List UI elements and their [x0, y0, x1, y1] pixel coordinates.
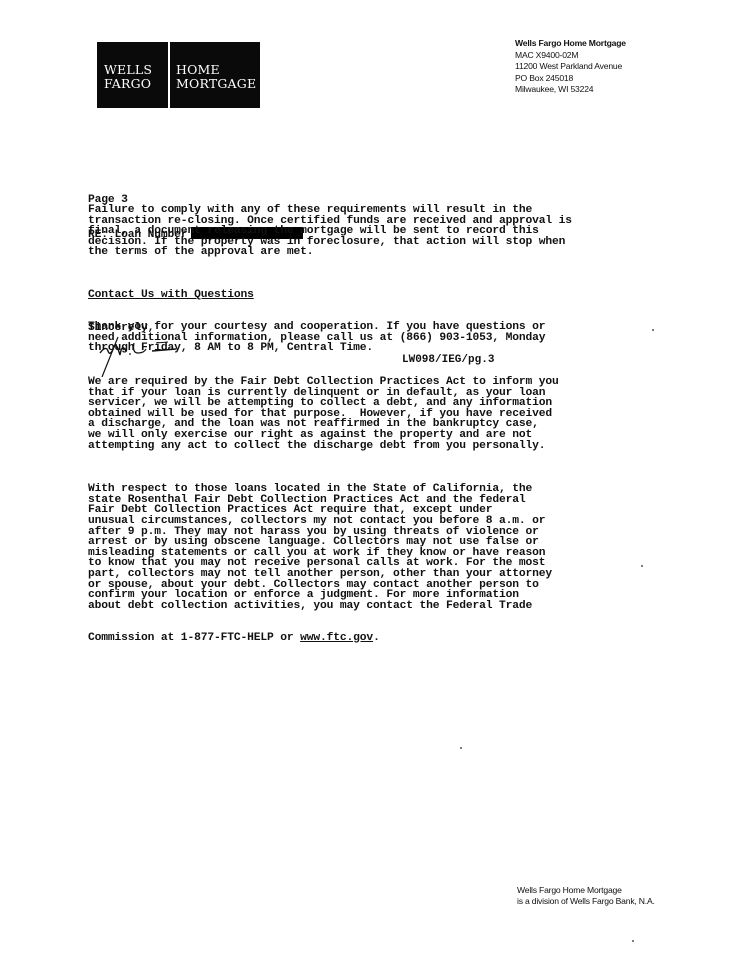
- wells-fargo-logo: WELLS FARGO HOME MORTGAGE: [97, 42, 260, 108]
- california-last-line: Commission at 1-877-FTC-HELP or www.ftc.…: [88, 633, 552, 644]
- logo-text: FARGO: [104, 77, 168, 91]
- logo-wells-fargo: WELLS FARGO: [97, 42, 170, 108]
- logo-text: MORTGAGE: [176, 77, 256, 91]
- sender-city: Milwaukee, WI 53224: [515, 84, 626, 96]
- sender-name: Wells Fargo Home Mortgage: [515, 38, 626, 50]
- sender-po-box: PO Box 245018: [515, 73, 626, 85]
- scan-speck: [632, 940, 634, 942]
- footer: Wells Fargo Home Mortgage is a division …: [517, 885, 655, 907]
- text-line: Failure to comply with any of these requ…: [88, 205, 572, 216]
- logo-text: WELLS: [104, 63, 168, 77]
- scan-speck: [641, 565, 643, 567]
- sender-street: 11200 West Parkland Avenue: [515, 61, 626, 73]
- text-line: we will only exercise our right as again…: [88, 430, 559, 441]
- scan-speck: [652, 329, 654, 331]
- california-paragraph: With respect to those loans located in t…: [88, 463, 552, 654]
- signature: [96, 335, 186, 377]
- text-line: the terms of the approval are met.: [88, 247, 572, 258]
- text-line: unusual circumstances, collectors my not…: [88, 516, 552, 527]
- failure-paragraph: Failure to comply with any of these requ…: [88, 205, 572, 258]
- text-line: part, collectors may not tell another pe…: [88, 569, 552, 580]
- logo-text: HOME: [176, 63, 256, 77]
- reference-code: LW098/IEG/pg.3: [402, 354, 494, 366]
- logo-home-mortgage: HOME MORTGAGE: [170, 42, 256, 108]
- scan-speck: [460, 747, 462, 749]
- closing: Sincerely,: [88, 323, 154, 334]
- sender-mac: MAC X9400-02M: [515, 50, 626, 62]
- text-line: attempting any act to collect the discha…: [88, 441, 559, 452]
- contact-heading: Contact Us with Questions: [88, 290, 545, 301]
- text-line: We are required by the Fair Debt Collect…: [88, 377, 559, 388]
- text-line: Thank you for your courtesy and cooperat…: [88, 322, 545, 333]
- fdcpa-paragraph: We are required by the Fair Debt Collect…: [88, 377, 559, 451]
- sender-address: Wells Fargo Home Mortgage MAC X9400-02M …: [515, 38, 626, 96]
- footer-line: Wells Fargo Home Mortgage: [517, 885, 655, 896]
- text-line: about debt collection activities, you ma…: [88, 601, 552, 612]
- ftc-link[interactable]: www.ftc.gov: [300, 632, 373, 644]
- footer-line: is a division of Wells Fargo Bank, N.A.: [517, 896, 655, 907]
